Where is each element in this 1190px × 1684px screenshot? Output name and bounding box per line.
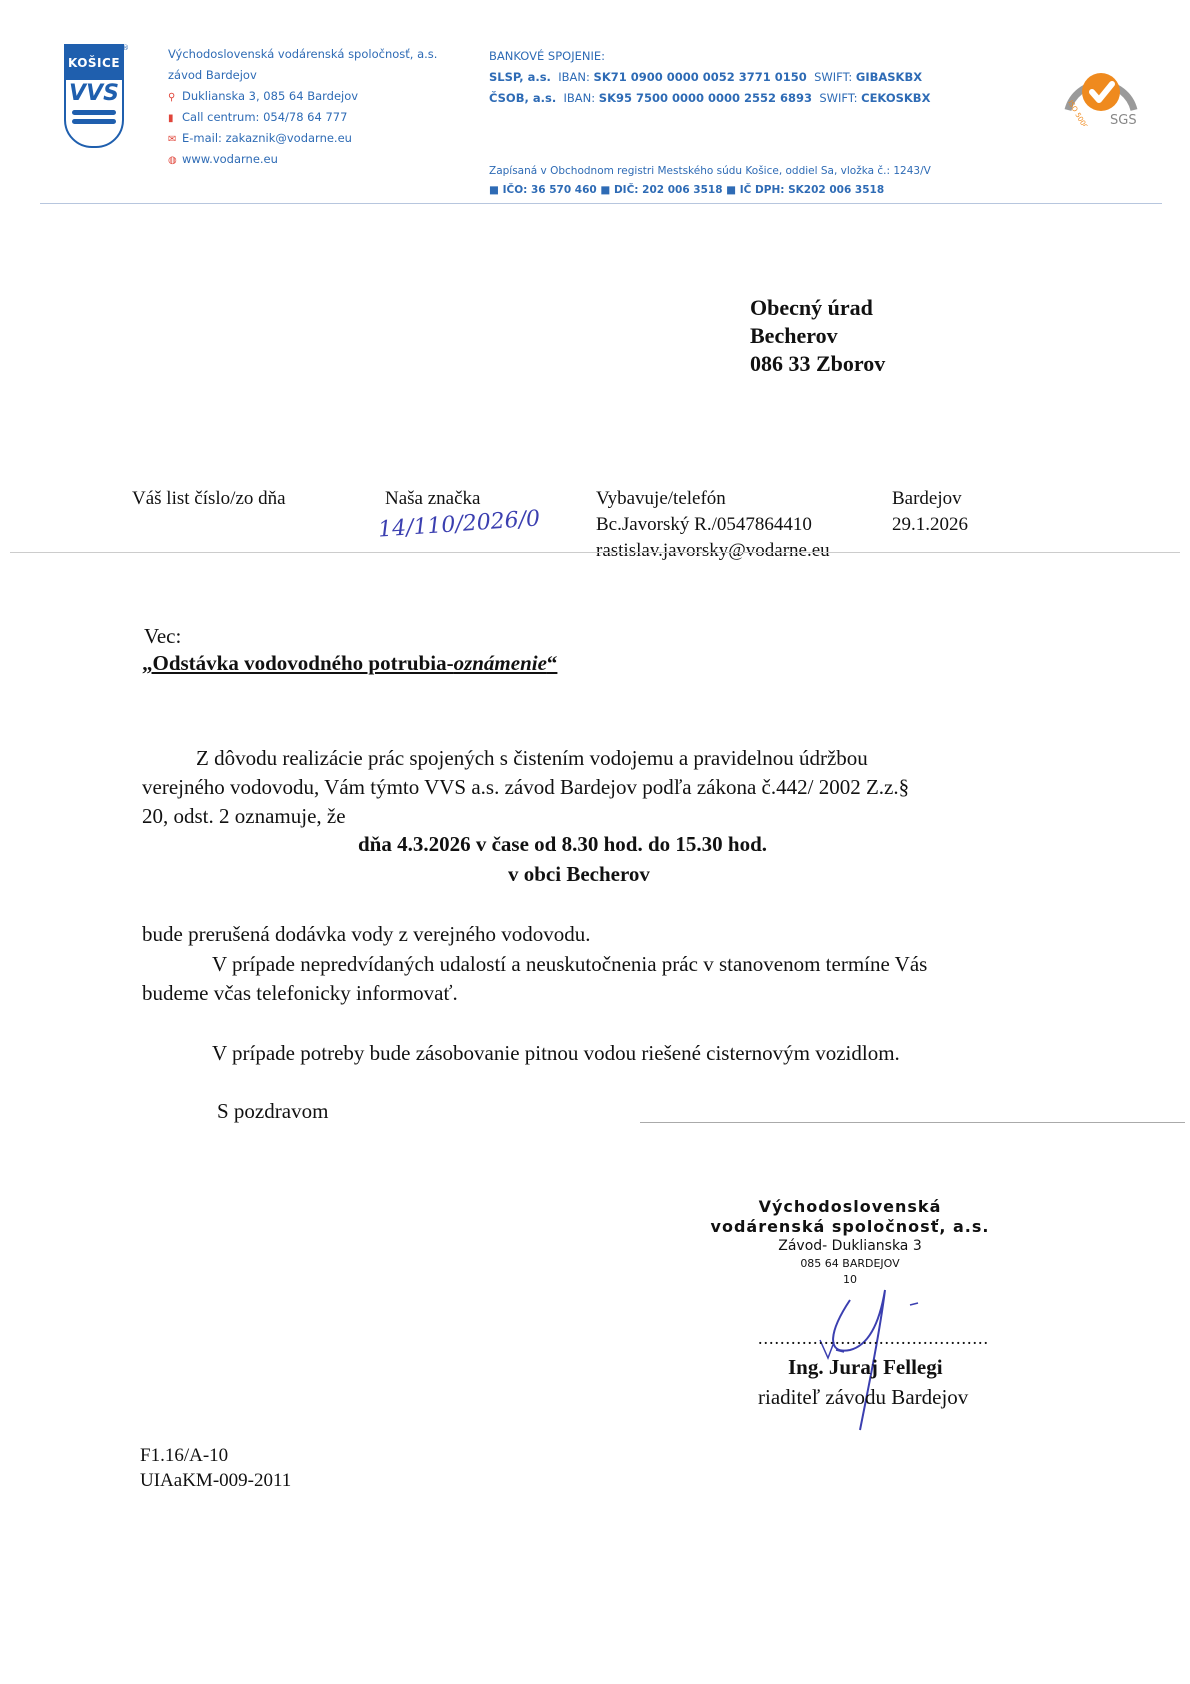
stamp-line1: Východoslovenská [700,1197,1000,1217]
recipient-line1: Obecný úrad [750,294,885,322]
subject-label: Vec: [144,622,181,651]
logo-wave [72,110,116,115]
stamp-divider [640,1122,1185,1123]
letter-date: 29.1.2026 [892,513,968,537]
reference-divider [10,552,1180,553]
phone-icon: ▮ [168,108,182,129]
logo-top-text: KOŠICE [66,46,122,80]
mail-icon: ✉ [168,129,182,150]
body-p2: bude prerušená dodávka vody z verejného … [142,920,590,949]
company-web: ◍www.vodarne.eu [168,149,437,170]
registry-line: Zapísaná v Obchodnom registri Mestského … [489,162,931,181]
registered-mark: ® [122,44,129,52]
body-p3-line2: budeme včas telefonicky informovať. [142,979,458,1008]
our-ref-handwritten: 14/110/2026/0 [377,506,541,542]
doc-code: UIAaKM-009-2011 [140,1468,291,1493]
handled-by-email: rastislav.javorsky@vodarne.eu [596,539,830,563]
company-branch: závod Bardejov [168,65,437,86]
stamp-line3: Závod- Duklianska 3 [700,1237,1000,1256]
bank-account-slsp: SLSP, a.s. IBAN: SK71 0900 0000 0052 377… [489,67,930,88]
our-ref-label: Naša značka [385,487,480,511]
handled-by-label: Vybavuje/telefón [596,487,726,511]
signatory-role: riaditeľ závodu Bardejov [758,1385,968,1410]
svg-text:SGS: SGS [1110,113,1137,126]
bank-info: BANKOVÉ SPOJENIE: SLSP, a.s. IBAN: SK71 … [489,46,930,109]
logo-bottom-text: VVS [66,80,122,106]
globe-icon: ◍ [168,150,182,171]
body-p1-line1: Z dôvodu realizácie prác spojených s čis… [196,744,868,773]
stamp-line2: vodárenská spoločnosť, a.s. [700,1217,1000,1237]
place: Bardejov [892,487,962,511]
company-phone: ▮Call centrum: 054/78 64 777 [168,107,437,128]
company-info: Východoslovenská vodárenská spoločnosť, … [168,44,437,170]
bank-account-csob: ČSOB, a.s. IBAN: SK95 7500 0000 0000 255… [489,88,930,109]
recipient-line2: Becherov [750,322,885,350]
bank-heading: BANKOVÉ SPOJENIE: [489,46,930,67]
body-p1-line3: 20, odst. 2 oznamuje, že [142,802,346,831]
sgs-certification-badge: ISO 50001 SGS [1060,50,1142,126]
company-email: ✉E-mail: zakaznik@vodarne.eu [168,128,437,149]
your-letter-label: Váš list číslo/zo dňa [132,487,286,511]
company-address: ⚲Duklianska 3, 085 64 Bardejov [168,86,437,107]
recipient-address: Obecný úrad Becherov 086 33 Zborov [750,294,885,378]
vvs-logo: KOŠICE VVS [64,44,124,148]
outage-location: v obci Becherov [508,862,650,887]
body-p1-line2: verejného vodovodu, Vám týmto VVS a.s. z… [142,773,909,802]
signature-line: ........................................… [758,1328,989,1349]
body-p4: V prípade potreby bude zásobovanie pitno… [212,1039,900,1068]
closing: S pozdravom [217,1097,328,1126]
outage-datetime: dňa 4.3.2026 v čase od 8.30 hod. do 15.3… [358,832,767,857]
subject-title: „Odstávka vodovodného potrubia-oznámenie… [142,651,557,676]
logo-wave [72,119,116,124]
registry-info: Zapísaná v Obchodnom registri Mestského … [489,162,931,200]
registry-ids: ■ IČO: 36 570 460 ■ DIČ: 202 006 3518 ■ … [489,181,931,200]
body-p3-line1: V prípade nepredvídaných udalostí a neus… [212,950,927,979]
recipient-line3: 086 33 Zborov [750,350,885,378]
company-name: Východoslovenská vodárenská spoločnosť, … [168,44,437,65]
signatory-name: Ing. Juraj Fellegi [788,1355,943,1380]
map-pin-icon: ⚲ [168,87,182,108]
form-code: F1.16/A-10 [140,1443,228,1468]
header-divider [40,203,1162,204]
handled-by: Bc.Javorský R./0547864410 [596,513,812,537]
